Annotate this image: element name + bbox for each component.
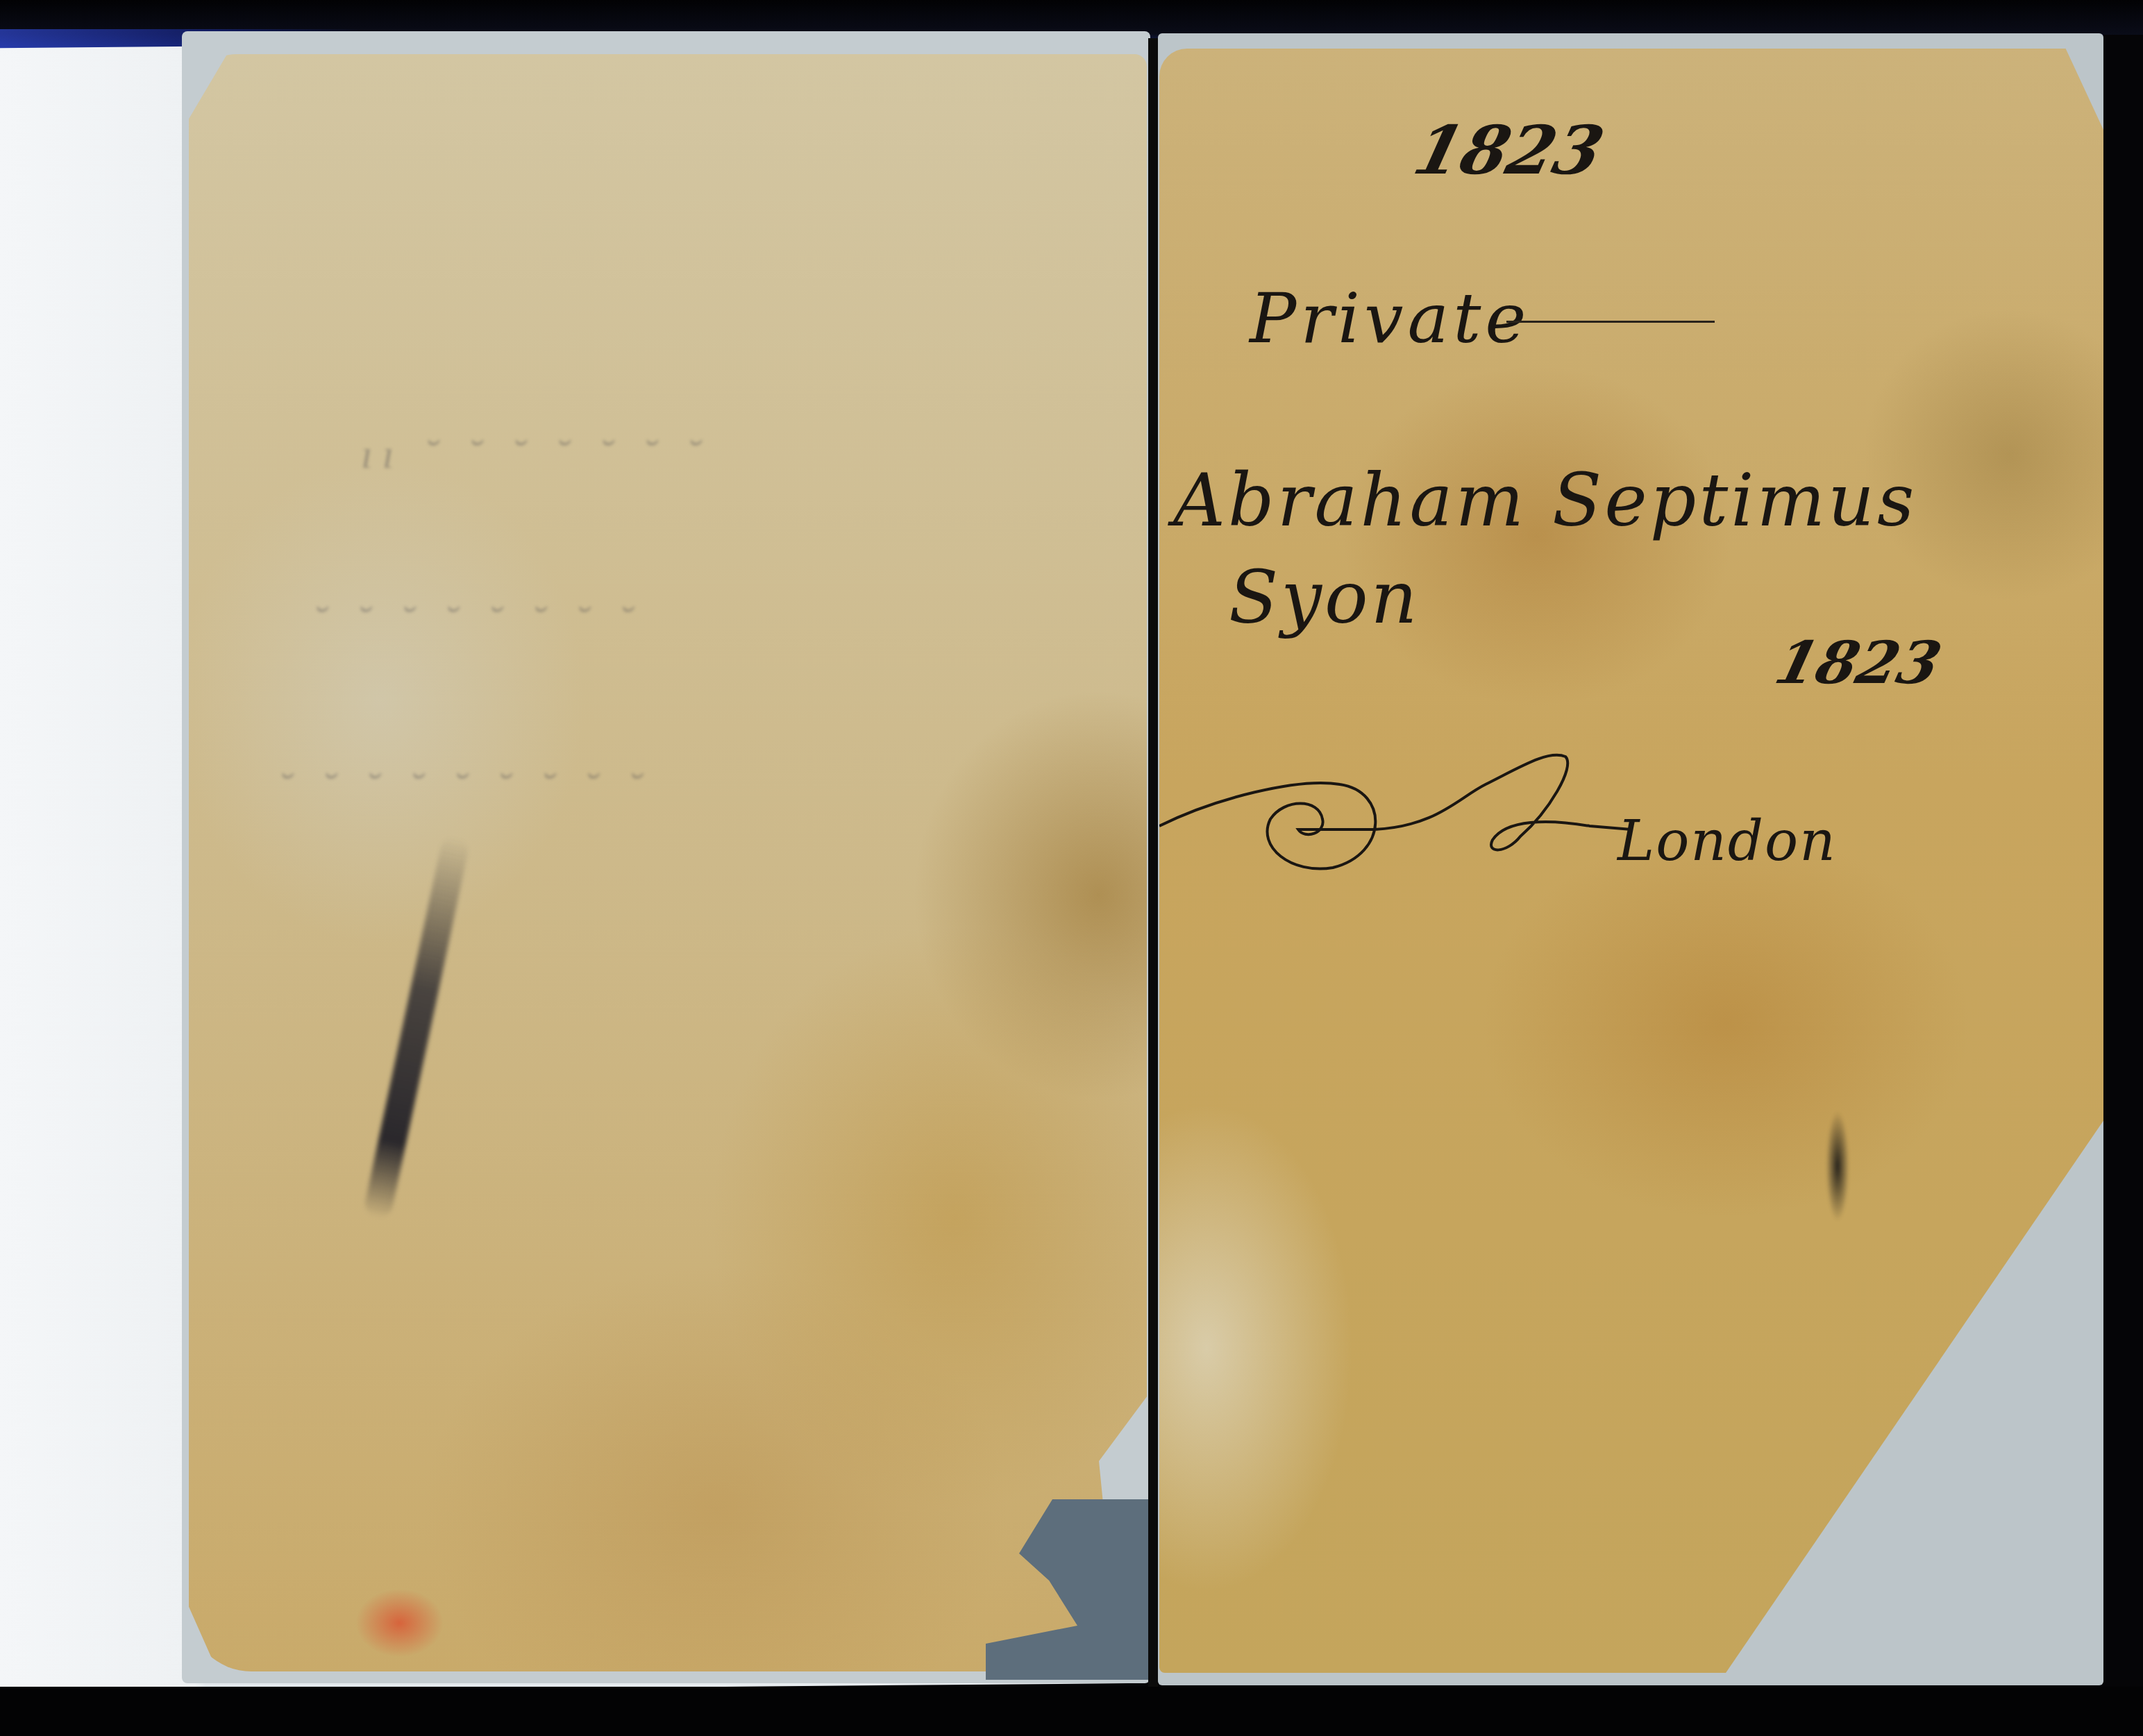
ink-blot bbox=[1826, 1111, 1849, 1222]
ink-show-through: ˘ ˘ ˘ ˘ ˘ ˘ ˘ ˘ bbox=[312, 597, 642, 645]
inscription-year-top: 1823 bbox=[1406, 111, 1611, 189]
book-photo: ıı ˘ ˘ ˘ ˘ ˘ ˘ ˘ ˘ ˘ ˘ ˘ ˘ ˘ ˘ ˘ ˘ ˘ ˘ ˘… bbox=[0, 0, 2143, 1736]
inscription-name: Abraham Septimus bbox=[1173, 458, 1917, 543]
background-edge bbox=[2103, 35, 2143, 1701]
ink-show-through: ˘ ˘ ˘ ˘ ˘ ˘ ˘ ˘ ˘ bbox=[278, 764, 651, 811]
inscription-year: 1823 bbox=[1769, 628, 1948, 697]
underline-flourish bbox=[1506, 321, 1715, 323]
background-edge bbox=[0, 1687, 2143, 1736]
left-page bbox=[189, 54, 1147, 1671]
inscription-place: London bbox=[1617, 809, 1837, 873]
calligraphic-flourish bbox=[1159, 736, 1631, 875]
inscription-surname: Syon bbox=[1229, 555, 1420, 640]
inscription-private: Private bbox=[1250, 278, 1531, 359]
ink-show-through: ıı ˘ ˘ ˘ ˘ ˘ ˘ ˘ bbox=[361, 430, 709, 478]
book-gutter bbox=[1148, 38, 1158, 1690]
